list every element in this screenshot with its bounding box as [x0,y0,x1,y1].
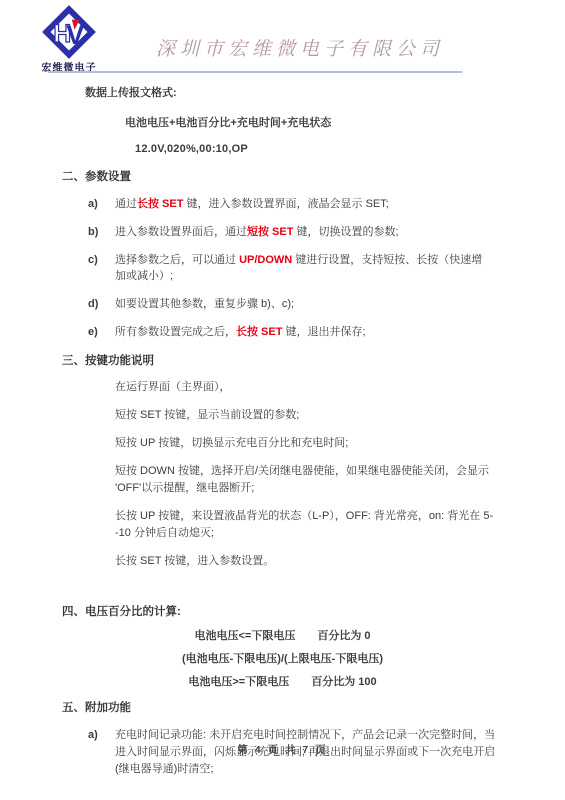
document-page: H V 宏维微电子 深圳市宏维微电子有限公司 数据上传报文格式: 电池电压+电池… [0,0,565,800]
text-run: 键，切换设置的参数; [293,226,398,238]
param-step-d: d) 如要设置其他参数，重复步骤 b)、c); [88,296,503,312]
list-item-text: 如要设置其他参数，重复步骤 b)、c); [115,296,294,312]
button-function-paragraphs: 在运行界面（主界面）， 短按 SET 按键，显示当前设置的参数; 短按 UP 按… [62,379,503,570]
company-logo: H V 宏维微电子 [34,4,104,74]
highlighted-text: 长按 SET [137,198,183,210]
text-run: 通过 [115,198,137,210]
list-item-label: c) [88,252,115,284]
list-item-label: d) [88,296,115,312]
header-divider [48,71,462,73]
page-header: H V 宏维微电子 深圳市宏维微电子有限公司 [0,0,565,76]
section-title-percentage: 四、电压百分比的计算: [62,603,503,619]
text-run: 如要设置其他参数，重复步骤 b)、c); [115,298,294,310]
logo-letter-v: V [66,20,84,50]
paragraph: 长按 UP 按键，来设置液晶背光的状态（L-P），OFF: 背光常亮，on: 背… [115,508,503,542]
highlighted-text: 长按 SET [236,326,282,338]
percentage-formulas: 电池电压<=下限电压 百分比为 0 (电池电压-下限电压)/(上限电压-下限电压… [62,629,503,690]
paragraph: 短按 SET 按键，显示当前设置的参数; [115,407,503,424]
upload-format-label: 数据上传报文格式: [85,84,503,100]
text-run: 键，进入参数设置界面，液晶会显示 SET; [183,198,388,210]
document-content: 数据上传报文格式: 电池电压+电池百分比+充电时间+充电状态 12.0V,020… [0,76,565,778]
list-item-text: 选择参数之后，可以通过 UP/DOWN 键进行设置，支持短按、长按（快速增加或减… [115,252,493,284]
highlighted-text: 短按 SET [247,226,293,238]
param-step-e: e) 所有参数设置完成之后，长按 SET 键，退出并保存; [88,324,503,340]
list-item-label: b) [88,224,115,240]
text-run: 选择参数之后，可以通过 [115,254,239,266]
paragraph: 长按 SET 按键，进入参数设置。 [115,553,503,570]
list-item-label: a) [88,196,115,212]
list-item-text: 所有参数设置完成之后，长按 SET 键，退出并保存; [115,324,366,340]
company-name: 深圳市宏维微电子有限公司 [120,34,480,61]
formula-line: (电池电压-下限电压)/(上限电压-下限电压) [62,652,503,667]
section-title-params: 二、参数设置 [62,168,503,184]
company-logo-icon: H V [41,4,97,60]
upload-format-example: 12.0V,020%,00:10,OP [135,143,503,155]
text-run: 键，退出并保存; [282,326,365,338]
paragraph: 短按 DOWN 按键，选择开启/关闭继电器使能，如果继电器使能关闭，会显示 'O… [115,463,503,497]
list-item-label: e) [88,324,115,340]
formula-line: 电池电压<=下限电压 百分比为 0 [62,629,503,644]
highlighted-text: UP/DOWN [239,254,292,266]
paragraph: 在运行界面（主界面）， [115,379,503,396]
section-title-buttons: 三、按键功能说明 [62,352,503,368]
section-title-extra: 五、附加功能 [62,699,503,715]
param-step-b: b) 进入参数设置界面后，通过短按 SET 键，切换设置的参数; [88,224,503,240]
paragraph: 短按 UP 按键，切换显示充电百分比和充电时间; [115,435,503,452]
param-step-c: c) 选择参数之后，可以通过 UP/DOWN 键进行设置，支持短按、长按（快速增… [88,252,503,284]
param-step-a: a) 通过长按 SET 键，进入参数设置界面，液晶会显示 SET; [88,196,503,212]
formula-line: 电池电压>=下限电压 百分比为 100 [62,675,503,690]
text-run: 进入参数设置界面后，通过 [115,226,247,238]
upload-format-fields: 电池电压+电池百分比+充电时间+充电状态 [125,114,503,130]
page-number: 第 4 页 共 7 页 [0,742,565,757]
text-run: 所有参数设置完成之后， [115,326,236,338]
list-item-text: 通过长按 SET 键，进入参数设置界面，液晶会显示 SET; [115,196,389,212]
list-item-text: 进入参数设置界面后，通过短按 SET 键，切换设置的参数; [115,224,399,240]
